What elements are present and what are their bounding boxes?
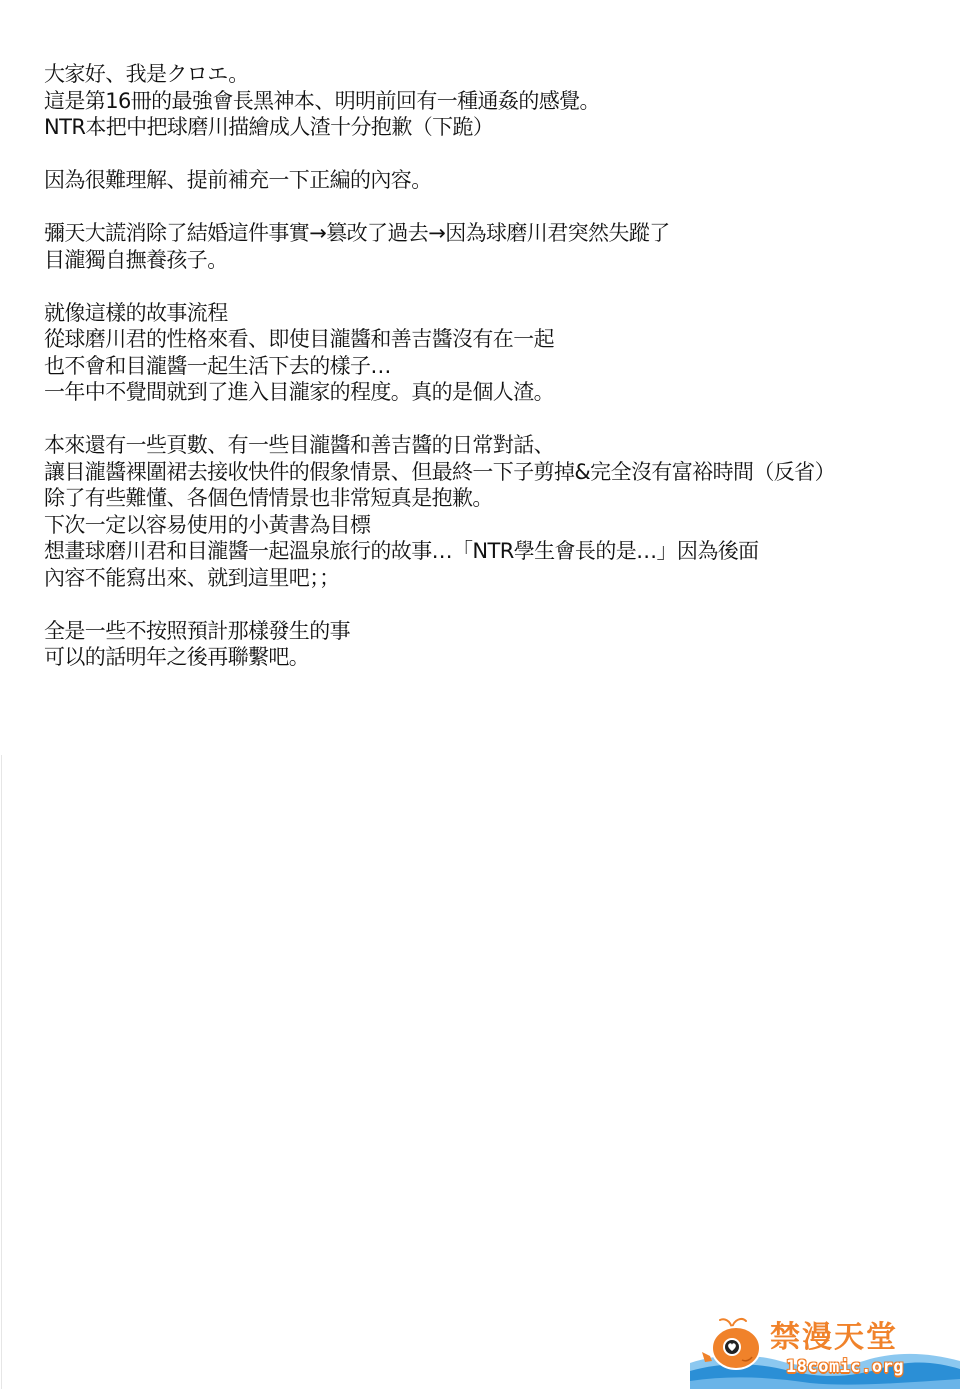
text-line: 因為很難理解、提前補充一下正編的內容。	[44, 167, 944, 194]
text-line: 彌天大謊消除了結婚這件事實→篡改了過去→因為球磨川君突然失蹤了	[44, 220, 944, 247]
page-edge-divider	[1, 755, 2, 1389]
paragraph-gap	[44, 591, 944, 618]
text-line: 內容不能寫出來、就到這里吧；；	[44, 565, 944, 592]
text-line: 從球磨川君的性格來看、即使目瀧醬和善吉醬沒有在一起	[44, 326, 944, 353]
paragraph-gap	[44, 141, 944, 168]
text-line: 全是一些不按照預計那樣發生的事	[44, 618, 944, 645]
whale-mascot-icon	[702, 1314, 764, 1374]
text-line: 目瀧獨自撫養孩子。	[44, 247, 944, 274]
paragraph-gap	[44, 406, 944, 433]
site-watermark: 禁漫天堂 18comic.org	[690, 1300, 960, 1389]
text-line: 這是第16冊的最強會長黑神本、明明前回有一種通姦的感覺。	[44, 88, 944, 115]
text-line: NTR本把中把球磨川描繪成人渣十分抱歉（下跪）	[44, 114, 944, 141]
text-line: 可以的話明年之後再聯繫吧。	[44, 644, 944, 671]
text-line: 下次一定以容易使用的小黃書為目標	[44, 512, 944, 539]
text-line: 就像這樣的故事流程	[44, 300, 944, 327]
text-line: 也不會和目瀧醬一起生活下去的樣子…	[44, 353, 944, 380]
text-line: 想畫球磨川君和目瀧醬一起溫泉旅行的故事…「NTR學生會長的是…」因為後面	[44, 538, 944, 565]
afterword-text: 大家好、我是クロエ。 這是第16冊的最強會長黑神本、明明前回有一種通姦的感覺。 …	[44, 61, 944, 671]
watermark-title: 禁漫天堂	[770, 1322, 898, 1354]
document-page: 大家好、我是クロエ。 這是第16冊的最強會長黑神本、明明前回有一種通姦的感覺。 …	[0, 0, 960, 1389]
paragraph-gap	[44, 194, 944, 221]
text-line: 讓目瀧醬裸圍裙去接收快件的假象情景、但最終一下子剪掉&完全沒有富裕時間（反省）	[44, 459, 944, 486]
text-line: 本來還有一些頁數、有一些目瀧醬和善吉醬的日常對話、	[44, 432, 944, 459]
text-line: 大家好、我是クロエ。	[44, 61, 944, 88]
text-line: 一年中不覺間就到了進入目瀧家的程度。真的是個人渣。	[44, 379, 944, 406]
text-line: 除了有些難懂、各個色情情景也非常短真是抱歉。	[44, 485, 944, 512]
paragraph-gap	[44, 273, 944, 300]
watermark-url: 18comic.org	[786, 1358, 904, 1376]
